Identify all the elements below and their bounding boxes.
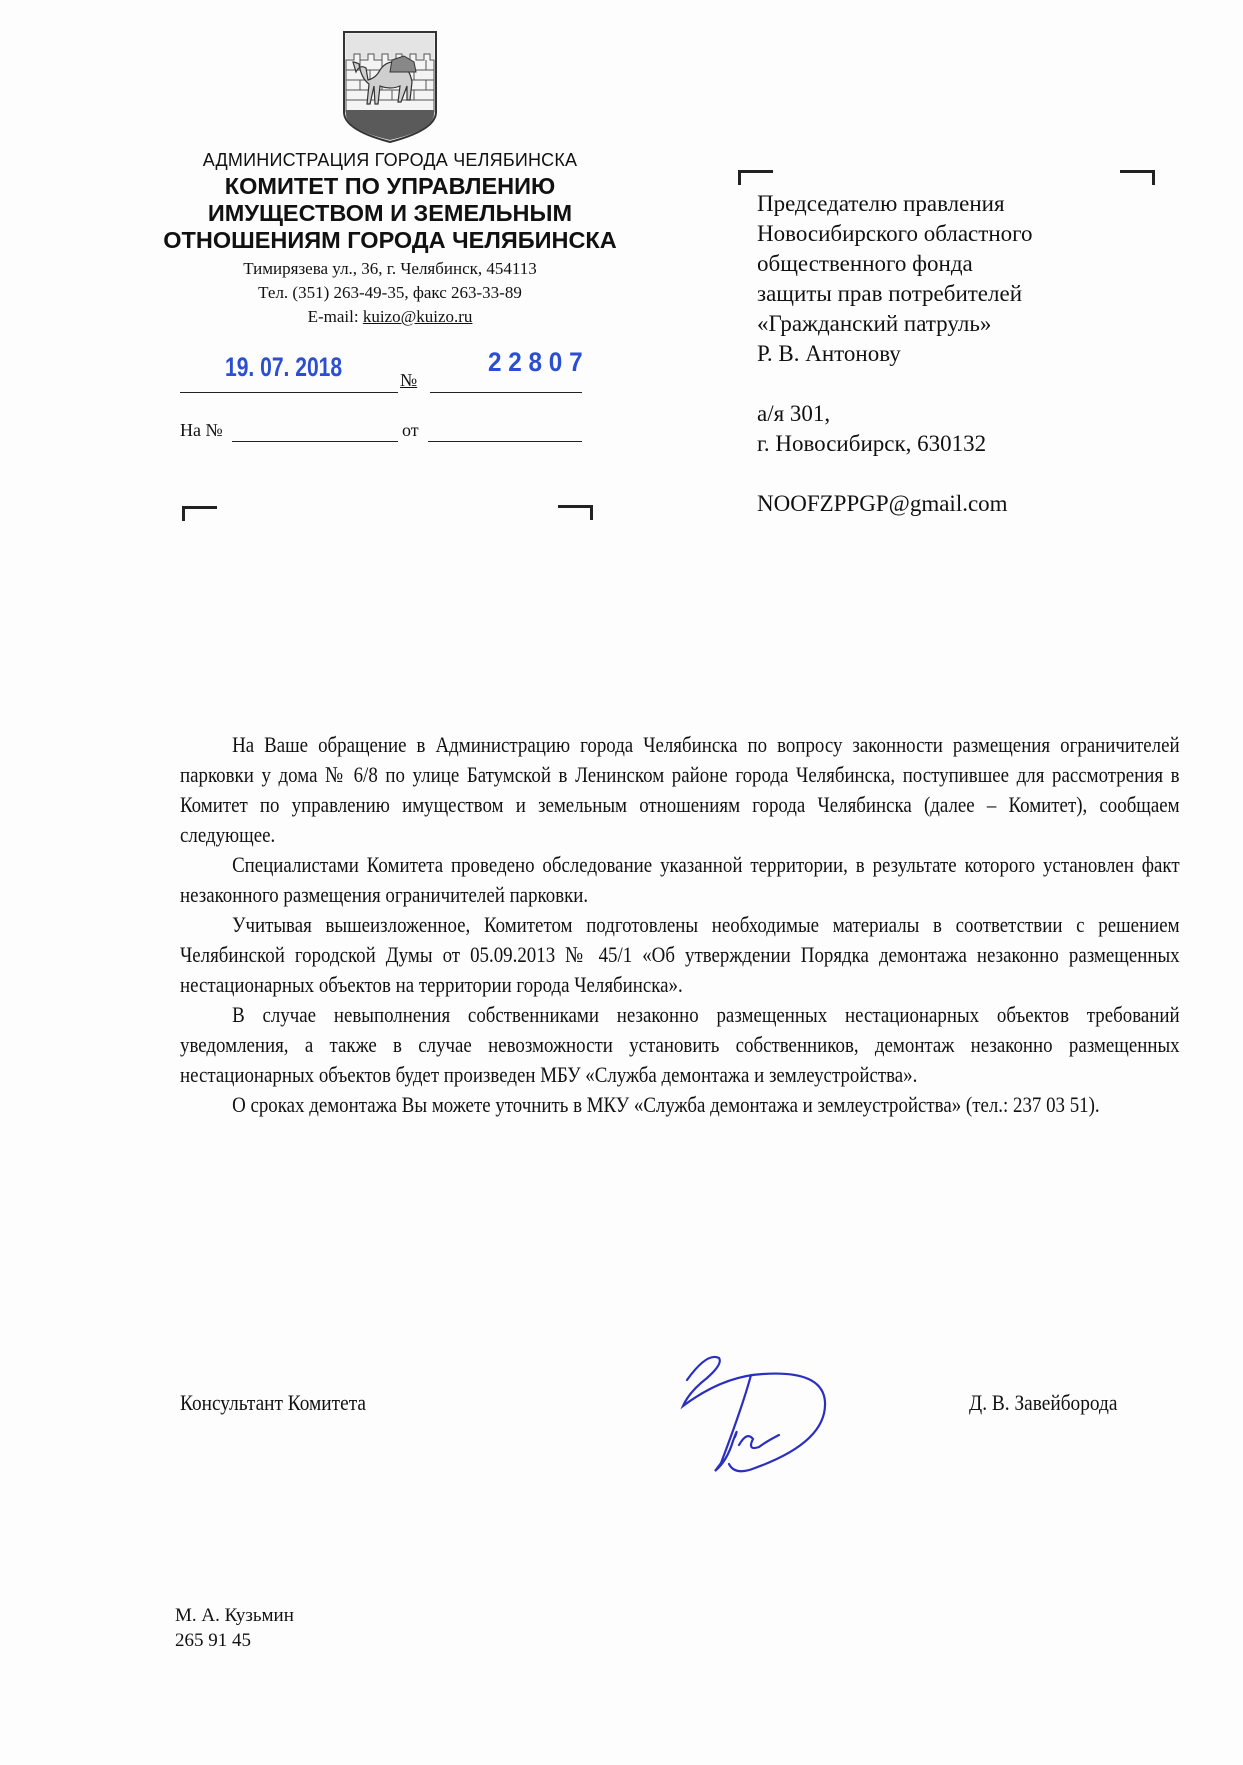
recipient-name: Р. В. Антонову <box>757 339 1032 369</box>
letterhead: АДМИНИСТРАЦИЯ ГОРОДА ЧЕЛЯБИНСКА КОМИТЕТ … <box>130 30 650 329</box>
body-paragraph: Учитывая вышеизложенное, Комитетом подго… <box>180 910 1180 1000</box>
executor-block: М. А. Кузьмин 265 91 45 <box>175 1603 294 1653</box>
recipient-line: «Гражданский патруль» <box>757 309 1032 339</box>
reply-label: На № <box>180 420 223 441</box>
recipient-line: защиты прав потребителей <box>757 279 1032 309</box>
recipient-po-box: а/я 301, <box>757 399 1032 429</box>
from-date-field <box>428 420 582 442</box>
recipient-email: NOOFZPPGP@gmail.com <box>757 489 1032 519</box>
corner-bracket-top-right <box>558 505 593 520</box>
handwritten-signature-icon <box>665 1335 845 1490</box>
corner-bracket-top-left <box>182 506 217 521</box>
committee-email: E-mail: kuizo@kuizo.ru <box>130 305 650 329</box>
date-stamp: 19. 07. 2018 <box>225 352 342 383</box>
recipient-bracket-top-right <box>1120 170 1155 185</box>
body-paragraph: На Ваше обращение в Администрацию города… <box>180 730 1180 850</box>
body-paragraph: О сроках демонтажа Вы можете уточнить в … <box>180 1090 1180 1120</box>
number-label: № <box>400 370 417 391</box>
recipient-line: Новосибирского областного <box>757 219 1032 249</box>
recipient-bracket-top-left <box>738 170 773 185</box>
executor-name: М. А. Кузьмин <box>175 1603 294 1628</box>
from-label: от <box>402 420 419 441</box>
email-link[interactable]: kuizo@kuizo.ru <box>363 307 473 326</box>
committee-address: Тимирязева ул., 36, г. Челябинск, 454113 <box>130 257 650 281</box>
executor-phone: 265 91 45 <box>175 1628 294 1653</box>
reply-number-field <box>232 420 398 442</box>
signatory-position: Консультант Комитета <box>180 1390 366 1416</box>
recipient-line: общественного фонда <box>757 249 1032 279</box>
body-paragraph: Специалистами Комитета проведено обследо… <box>180 850 1180 910</box>
number-stamp: 2 2 8 0 7 <box>488 347 583 378</box>
committee-name: КОМИТЕТ ПО УПРАВЛЕНИЮ ИМУЩЕСТВОМ И ЗЕМЕЛ… <box>130 173 650 254</box>
committee-contacts: Тимирязева ул., 36, г. Челябинск, 454113… <box>130 257 650 329</box>
administration-name: АДМИНИСТРАЦИЯ ГОРОДА ЧЕЛЯБИНСКА <box>130 150 650 171</box>
recipient-block: Председателю правления Новосибирского об… <box>757 189 1032 519</box>
letter-body: На Ваше обращение в Администрацию города… <box>180 730 1180 1120</box>
committee-phone: Тел. (351) 263-49-35, факс 263-33-89 <box>130 281 650 305</box>
recipient-city: г. Новосибирск, 630132 <box>757 429 1032 459</box>
recipient-line: Председателю правления <box>757 189 1032 219</box>
body-paragraph: В случае невыполнения собственниками нез… <box>180 1000 1180 1090</box>
coat-of-arms-icon <box>342 30 438 148</box>
signatory-name: Д. В. Завейборода <box>969 1390 1117 1416</box>
